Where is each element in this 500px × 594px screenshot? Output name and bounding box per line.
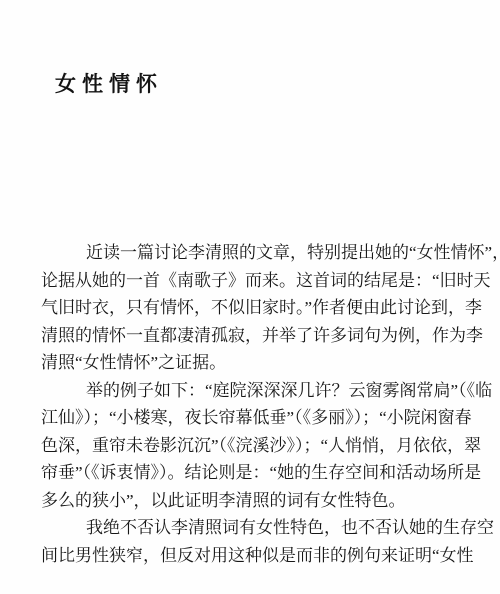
text-line: 清照“女性情怀”之证据。: [41, 349, 460, 377]
text-line: 帘垂”（《诉衷情》）。结论则是：“她的生存空间和活动场所是: [41, 459, 460, 487]
text-line: 举的例子如下：“庭院深深深几许？云窗雾阁常扃”（《临: [41, 377, 460, 405]
text-line: 近读一篇讨论李清照的文章，特别提出她的“女性情怀”，: [41, 239, 460, 267]
body-text: 近读一篇讨论李清照的文章，特别提出她的“女性情怀”， 论据从她的一首《南歌子》而…: [41, 239, 460, 569]
text-line: 色深，重帘未卷影沉沉”（《浣溪沙》）；“人悄悄，月依依，翠: [41, 432, 460, 460]
text-line: 我绝不否认李清照词有女性特色，也不否认她的生存空: [41, 514, 460, 542]
book-page: 女性情怀 近读一篇讨论李清照的文章，特别提出她的“女性情怀”， 论据从她的一首《…: [0, 0, 500, 594]
text-line: 江仙》）；“小楼寒，夜长帘幕低垂”（《多丽》）；“小院闲窗春: [41, 404, 460, 432]
text-line: 气旧时衣，只有情怀，不似旧家时。”作者便由此讨论到，李: [41, 294, 460, 322]
text-line: 论据从她的一首《南歌子》而来。这首词的结尾是：“旧时天: [41, 267, 460, 295]
text-line: 多么的狭小”，以此证明李清照的词有女性特色。: [41, 487, 460, 515]
text-line: 清照的情怀一直都凄清孤寂，并举了许多词句为例，作为李: [41, 322, 460, 350]
page-title: 女性情怀: [55, 72, 163, 98]
text-line: 间比男性狭窄，但反对用这种似是而非的例句来证明“女性: [41, 542, 460, 570]
